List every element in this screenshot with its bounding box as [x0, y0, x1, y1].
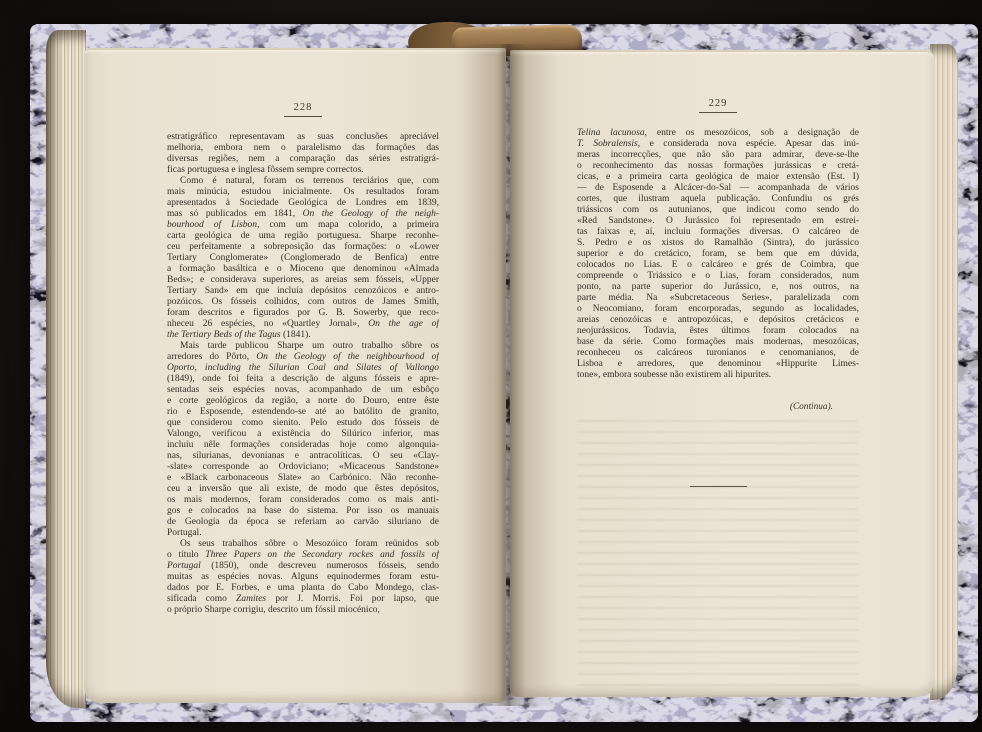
paragraph: estratigráfico representavam as suas con… — [167, 132, 439, 176]
text-line: os mais modernos, foram considerados com… — [167, 495, 439, 506]
text-line: -slate» corresponde ao Ordoviciano; «Mic… — [167, 462, 439, 473]
left-page: 228 estratigráfico representavam as suas… — [84, 48, 506, 703]
page-number: 229 — [577, 98, 859, 109]
text-line: ceu perfeitamente a sobreposição das for… — [167, 242, 439, 253]
text-line: Portugal. — [167, 528, 439, 539]
paragraph: Os seus trabalhos sôbre o Mesozóico fora… — [167, 539, 439, 616]
text-line: ficas portuguesa e inglesa fôssem sempre… — [167, 165, 439, 176]
text-line: areias cenozóicas e antropozóicas, e dep… — [577, 315, 859, 326]
text-line: T. Sobralensis, e considerada nova espéc… — [577, 139, 859, 150]
text-line: nas, silurianas, devonianas e antracolít… — [167, 451, 439, 462]
text-line: superior e do cretácico, foram, se bem q… — [577, 249, 859, 260]
text-line: sificada como Zamites por J. Morris. Foi… — [167, 594, 439, 605]
page-edges-left — [46, 30, 86, 708]
text-line: Portugal (1850), onde descreveu numeroso… — [167, 561, 439, 572]
page-edges-right — [930, 44, 958, 700]
text-line: neojurássicos. Todavia, êstes últimos fo… — [577, 326, 859, 337]
page-text: Telina lacunosa, entre os mesozóicos, so… — [577, 128, 859, 381]
page-number-rule — [699, 112, 737, 113]
text-line: Lisboa e arredores, que denominou «Hippu… — [577, 359, 859, 370]
text-line: gos e colocados na base do sistema. Por … — [167, 506, 439, 517]
text-line: «Red Sandstone». O Jurássico foi represe… — [577, 216, 859, 227]
text-line: Beds»; e considerava superiores, as arei… — [167, 275, 439, 286]
text-line: base da série. Como formações mais moder… — [577, 337, 859, 348]
page-number: 228 — [167, 102, 439, 113]
right-page: 229 Telina lacunosa, entre os mesozóicos… — [510, 50, 934, 697]
paragraph: Telina lacunosa, entre os mesozóicos, so… — [577, 128, 859, 381]
photo-backdrop: 228 estratigráfico representavam as suas… — [0, 0, 982, 732]
text-line: cortes, que ilustram aquela publicação. … — [577, 194, 859, 205]
text-line: meras incorrecções, que não são para adm… — [577, 150, 859, 161]
text-line: pozóicos. Os fósseis colhidos, com outro… — [167, 297, 439, 308]
text-line: foram descritos e figurados por G. B. So… — [167, 308, 439, 319]
text-line: a formação basáltica e o Mioceno que den… — [167, 264, 439, 275]
text-line: apresentados à Sociedade Geológica de Lo… — [167, 198, 439, 209]
text-line: muitas as espécies novas. Alguns equinod… — [167, 572, 439, 583]
text-line: mas só publicados em 1841, On the Geolog… — [167, 209, 439, 220]
text-line: Mais tarde publicou Sharpe um outro trab… — [167, 341, 439, 352]
right-page-column: 229 Telina lacunosa, entre os mesozóicos… — [577, 98, 859, 487]
text-line: diversas regiões, nem a comparação das s… — [167, 154, 439, 165]
text-line: melhoria, embora nem o paralelismo das f… — [167, 143, 439, 154]
text-line: Oporto, including the Silurian Coal and … — [167, 363, 439, 374]
text-line: compreende o Triássico e o Lias, foram c… — [577, 271, 859, 282]
text-line: e corte geológicos da região, a norte do… — [167, 396, 439, 407]
text-line: o título Three Papers on the Secondary r… — [167, 550, 439, 561]
text-line: Tertiary Sand» em que incluía depósitos … — [167, 286, 439, 297]
continuation-note: (Continua). — [577, 402, 859, 412]
text-line: colocados no Lias. E o calcáreo e grés d… — [577, 260, 859, 271]
text-line: o próprio Sharpe corrigiu, descrito um f… — [167, 605, 439, 616]
text-line: estratigráfico representavam as suas con… — [167, 132, 439, 143]
text-line: incluiu nêle formações consideradas hoje… — [167, 440, 439, 451]
paragraph: Mais tarde publicou Sharpe um outro trab… — [167, 341, 439, 539]
text-line: de Geologia da época se referiam ao carv… — [167, 517, 439, 528]
text-line: (1849), onde foi feita a descrição de al… — [167, 374, 439, 385]
text-line: mais minúcia, estudou inicialmente. Os r… — [167, 187, 439, 198]
text-line: e «Black carbonaceous Slate» ao Carbónic… — [167, 473, 439, 484]
text-line: arredores do Pôrto, On the Geology of th… — [167, 352, 439, 363]
page-text: estratigráfico representavam as suas con… — [167, 132, 439, 616]
section-divider — [690, 486, 747, 487]
text-line: que considerou como sienito. Pelo estudo… — [167, 418, 439, 429]
text-line: dados por E. Forbes, e uma planta do Cab… — [167, 583, 439, 594]
text-line: S. Pedro e os xistos do Ramalhão (Sintra… — [577, 238, 859, 249]
text-line: the Tertiary Beds of the Tagus (1841). — [167, 330, 439, 341]
text-line: ceu a inversão que ali existe, de modo q… — [167, 484, 439, 495]
text-line: triássicos com os autunianos, que indico… — [577, 205, 859, 216]
left-page-column: 228 estratigráfico representavam as suas… — [167, 102, 439, 616]
text-line: tas faixas e, aí, incluiu formações dive… — [577, 227, 859, 238]
text-line: rio e Esposende, estendendo-se até ao ba… — [167, 407, 439, 418]
text-line: ponto, na parte superior do Jurássico, e… — [577, 282, 859, 293]
text-line: carta geológica de uma região portuguesa… — [167, 231, 439, 242]
text-line: nheceu 26 espécies, no «Quartley Jornal»… — [167, 319, 439, 330]
text-line: tone», embora soubesse não existirem ali… — [577, 370, 859, 381]
text-line: Telina lacunosa, entre os mesozóicos, so… — [577, 128, 859, 139]
text-line: o reconhecimento das nossas formações ju… — [577, 161, 859, 172]
text-line: cicas, e a primeira carta geológica de m… — [577, 172, 859, 183]
text-line: Os seus trabalhos sôbre o Mesozóico fora… — [167, 539, 439, 550]
text-line: o Neocomiano, foram encorporadas, segund… — [577, 304, 859, 315]
text-line: Tertiary Conglomerate» (Conglomerado de … — [167, 253, 439, 264]
text-line: Valongo, verificou a existência do Silúr… — [167, 429, 439, 440]
text-line: — de Esposende a Alcácer-do-Sal — acompa… — [577, 183, 859, 194]
text-line: sentadas seis espécies novas, acompanhad… — [167, 385, 439, 396]
text-line: parte média. Na «Subcretaceous Series», … — [577, 293, 859, 304]
text-line: reconheceu os calcáreos turonianos e cen… — [577, 348, 859, 359]
text-line: bourhood of Lisbon, com um mapa colorido… — [167, 220, 439, 231]
paragraph: Como é natural, foram os terrenos terciá… — [167, 176, 439, 341]
text-line: Como é natural, foram os terrenos terciá… — [167, 176, 439, 187]
page-number-rule — [284, 116, 322, 117]
